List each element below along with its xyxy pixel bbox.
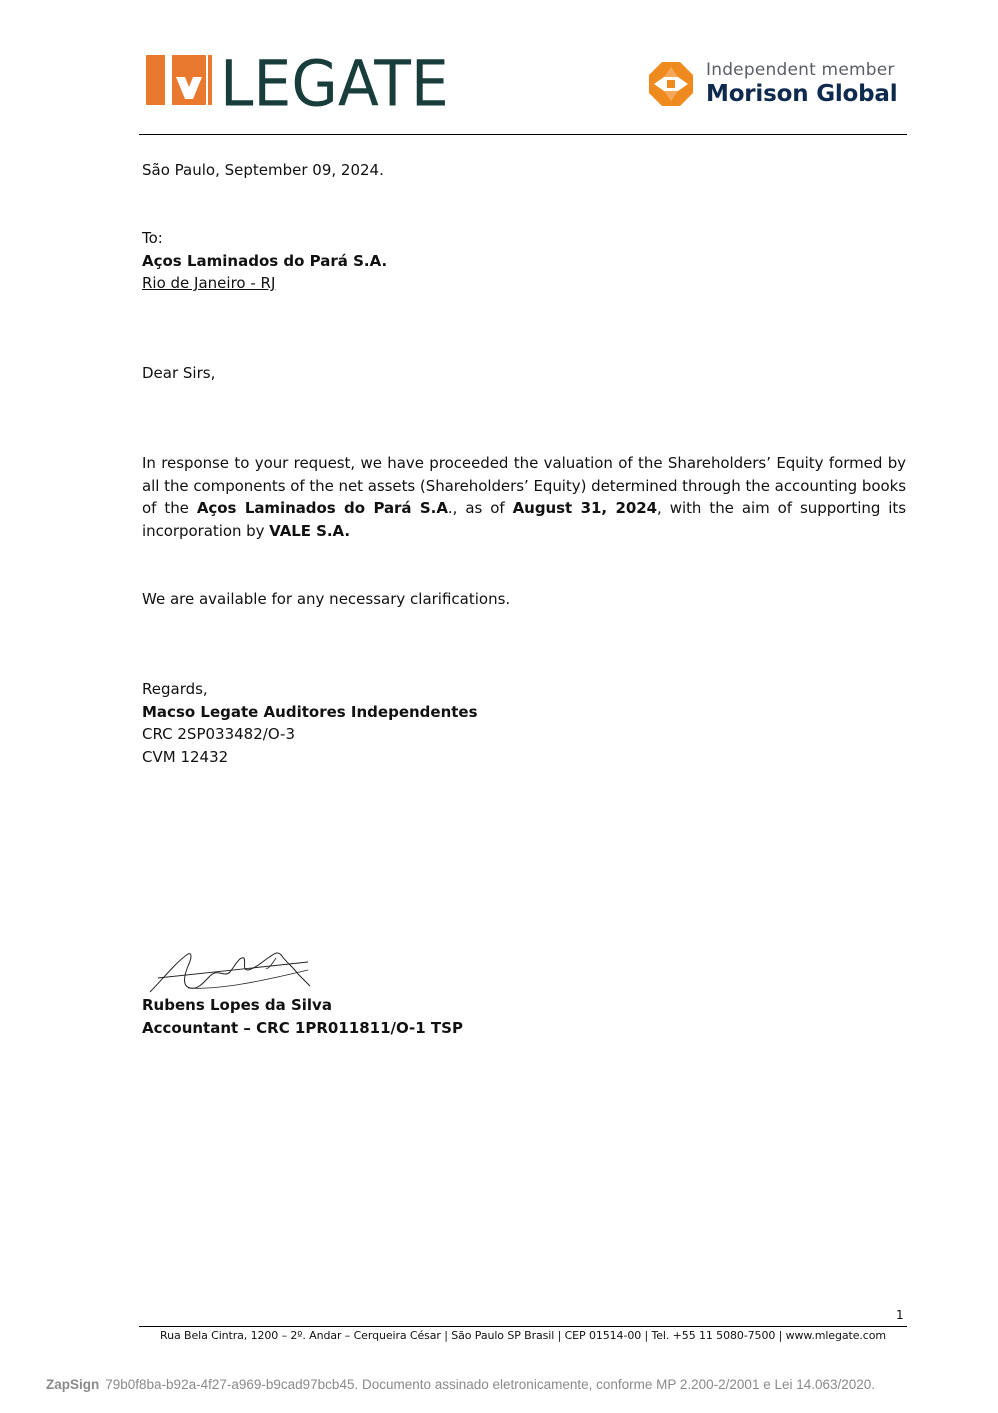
closing: Regards, [142, 678, 478, 701]
recipient-name: Aços Laminados do Pará S.A. [142, 250, 387, 273]
closing-block: Regards, Macso Legate Auditores Independ… [142, 678, 478, 769]
handwritten-signature-icon [148, 948, 318, 1000]
morison-octagon-icon [648, 61, 694, 107]
availability-note: We are available for any necessary clari… [142, 588, 510, 611]
zapsign-text: 79b0f8ba-b92a-4f27-a969-b9cad97bcb45. Do… [105, 1377, 875, 1392]
company-name: Aços Laminados do Pará S.A [197, 499, 448, 517]
footer-address: Rua Bela Cintra, 1200 – 2º. Andar – Cerq… [139, 1329, 907, 1342]
morison-tagline: Independent member [706, 60, 897, 80]
footer-divider [139, 1326, 907, 1327]
recipient-location: Rio de Janeiro - RJ [142, 272, 387, 295]
firm-crc: CRC 2SP033482/O-3 [142, 723, 478, 746]
mlegate-wordmark: LEGATE [220, 58, 449, 111]
to-label: To: [142, 227, 387, 250]
header-divider [139, 134, 907, 135]
recipient-block: To: Aços Laminados do Pará S.A. Rio de J… [142, 227, 387, 295]
firm-cvm: CVM 12432 [142, 746, 478, 769]
morison-global-logo: Independent member Morison Global [648, 60, 897, 108]
salutation: Dear Sirs, [142, 362, 215, 385]
body-paragraph: In response to your request, we have pro… [142, 452, 906, 543]
morison-name: Morison Global [706, 80, 897, 108]
letter-date: São Paulo, September 09, 2024. [142, 159, 384, 182]
signer-block: Rubens Lopes da Silva Accountant – CRC 1… [142, 994, 463, 1039]
signer-title: Accountant – CRC 1PR011811/O-1 TSP [142, 1017, 463, 1040]
zapsign-stamp: ZapSign79b0f8ba-b92a-4f27-a969-b9cad97bc… [46, 1377, 875, 1392]
mlegate-logo: LEGATE [146, 55, 449, 105]
mlegate-m-mark-icon [146, 55, 216, 105]
firm-name: Macso Legate Auditores Independentes [142, 701, 478, 724]
zapsign-brand: ZapSign [46, 1377, 99, 1392]
valuation-date: August 31, 2024 [513, 499, 657, 517]
signer-name: Rubens Lopes da Silva [142, 994, 463, 1017]
acquirer-name: VALE S.A. [269, 522, 350, 540]
page-number: 1 [896, 1308, 904, 1322]
